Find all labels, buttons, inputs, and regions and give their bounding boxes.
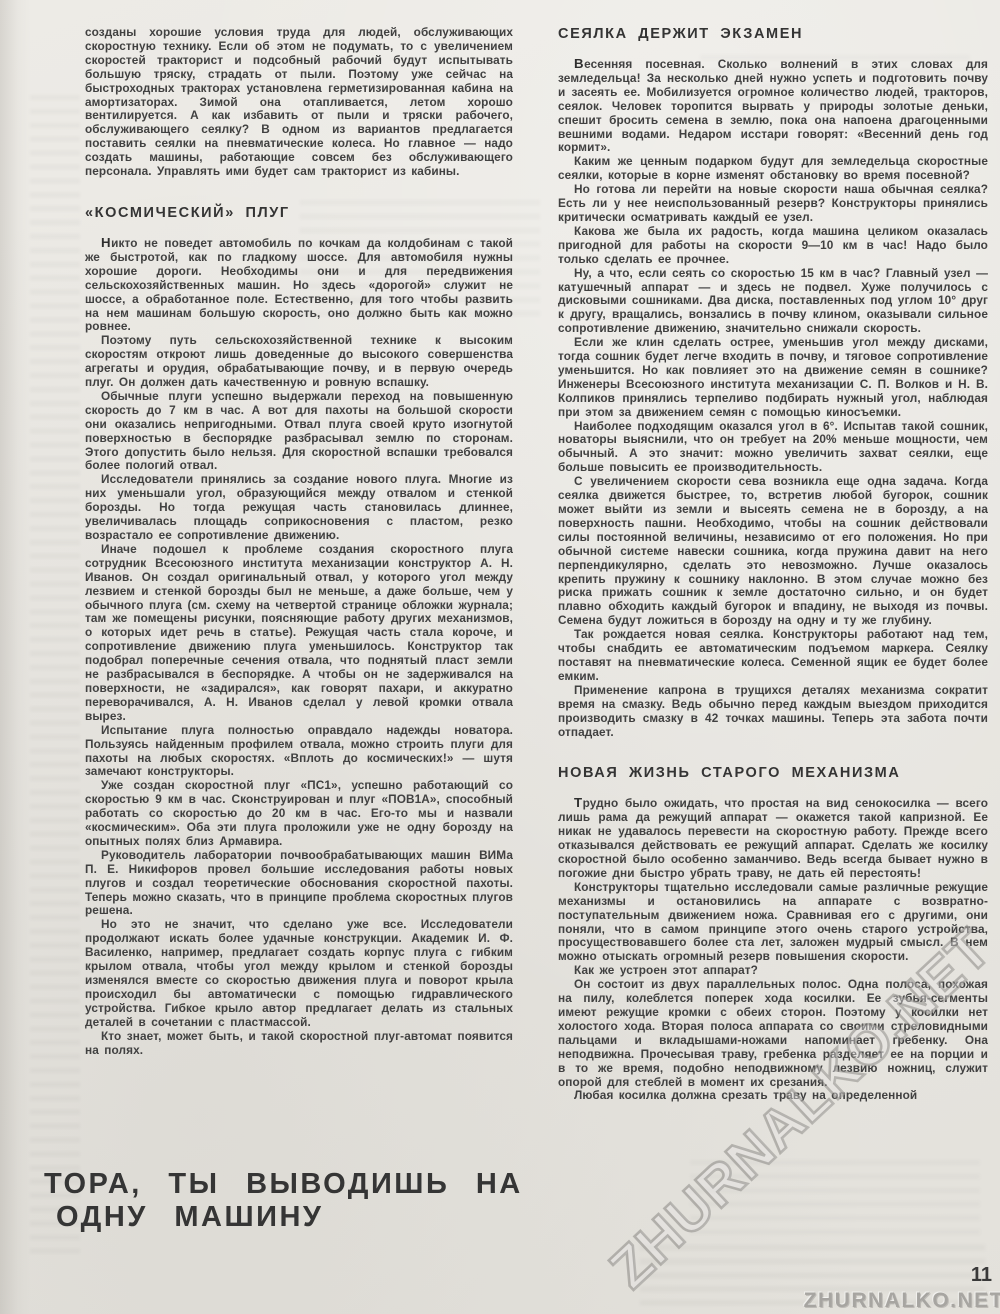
right-column: СЕЯЛКА ДЕРЖИТ ЭКЗАМЕН Весенняя посевная.… bbox=[558, 26, 988, 1103]
section-heading-cosmic-plough: «КОСМИЧЕСКИЙ» ПЛУГ bbox=[85, 205, 513, 221]
paragraph: Обычные плуги успешно выдержали переход … bbox=[85, 390, 513, 473]
paragraph: С увеличением скорости сева возникла еще… bbox=[558, 475, 988, 628]
paragraph: Наиболее подходящим оказался угол в 6°. … bbox=[558, 420, 988, 476]
bottom-headline: ТОРА, ТЫ ВЫВОДИШЬ НА ОДНУ МАШИНУ bbox=[44, 1168, 523, 1234]
paragraph: Поэтому путь сельскохозяйственной техник… bbox=[85, 334, 513, 390]
paragraph: Каким же ценным подарком будут для земле… bbox=[558, 155, 988, 183]
section-body-seeder-exam: Весенняя посевная. Сколько волнений в эт… bbox=[558, 57, 988, 739]
paragraph: Применение капрона в трущихся деталях ме… bbox=[558, 684, 988, 740]
paragraph: Исследователи принялись за создание ново… bbox=[85, 473, 513, 543]
paragraph: Если же клин сделать острее, уменьшив уг… bbox=[558, 336, 988, 419]
page-number: 11 bbox=[971, 1264, 992, 1287]
paragraph: Трудно было ожидать, что простая на вид … bbox=[558, 796, 988, 880]
left-column: созданы хорошие условия труда для людей,… bbox=[85, 26, 513, 1057]
paragraph: Но это не значит, что сделано уже все. И… bbox=[85, 918, 513, 1029]
headline-line-2: ОДНУ МАШИНУ bbox=[44, 1201, 523, 1234]
paragraph: Испытание плуга полностью оправдало наде… bbox=[85, 724, 513, 780]
paragraph: Весенняя посевная. Сколько волнений в эт… bbox=[558, 57, 988, 155]
headline-line-1: ТОРА, ТЫ ВЫВОДИШЬ НА bbox=[44, 1168, 523, 1201]
paragraph: Иначе подошел к проблеме создания скорос… bbox=[85, 543, 513, 724]
magazine-page-scan: созданы хорошие условия труда для людей,… bbox=[0, 0, 1000, 1314]
paragraph: Уже создан скоростной плуг «ПС1», успешн… bbox=[85, 779, 513, 849]
paragraph: Руководитель лаборатории почвообрабатыва… bbox=[85, 849, 513, 919]
paragraph: Какова же была их радость, когда машина … bbox=[558, 225, 988, 267]
paragraph: Кто знает, может быть, и такой скоростно… bbox=[85, 1030, 513, 1058]
paragraph: Никто не поведет автомобиль по кочкам да… bbox=[85, 236, 513, 334]
continued-paragraph: созданы хорошие условия труда для людей,… bbox=[85, 26, 513, 179]
paragraph: Так рождается новая сеялка. Конструкторы… bbox=[558, 628, 988, 684]
section-heading-seeder-exam: СЕЯЛКА ДЕРЖИТ ЭКЗАМЕН bbox=[558, 26, 988, 42]
bleed-through-texture bbox=[30, 95, 80, 1255]
section-heading-old-mechanism: НОВАЯ ЖИЗНЬ СТАРОГО МЕХАНИЗМА bbox=[558, 765, 988, 781]
section-body-cosmic-plough: Никто не поведет автомобиль по кочкам да… bbox=[85, 236, 513, 1057]
paragraph: Но готова ли перейти на новые скорости н… bbox=[558, 183, 988, 225]
page-edge-shadow bbox=[0, 0, 30, 1314]
watermark-url: ZHURNALKO.NET bbox=[804, 1289, 1000, 1313]
paragraph: Ну, а что, если сеять со скоростью 15 км… bbox=[558, 267, 988, 337]
